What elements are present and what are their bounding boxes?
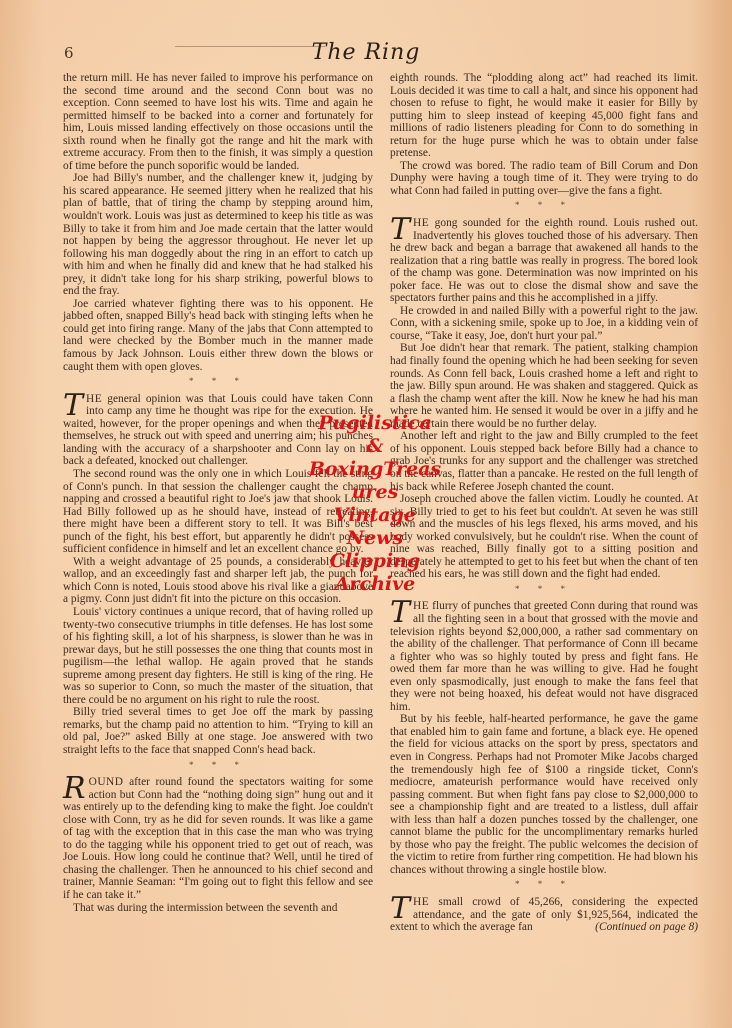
paragraph: Joe carried whatever fighting there was … xyxy=(63,298,373,373)
section-lead-paragraph: THE small crowd of 45,266, considering t… xyxy=(390,896,698,934)
continued-on-link[interactable]: (Continued on page 8) xyxy=(595,921,698,934)
drop-cap: T xyxy=(63,394,83,418)
paragraph: eighth rounds. The “plodding along act” … xyxy=(390,72,698,160)
archive-watermark: Pugilistica & BoxingTreas ures Vintage N… xyxy=(305,412,445,596)
masthead-title: The Ring xyxy=(0,40,732,65)
section-lead-paragraph: THE flurry of punches that greeted Conn … xyxy=(390,600,698,713)
section-separator: * * * xyxy=(63,375,373,388)
section-separator: * * * xyxy=(390,199,698,212)
magazine-page: 6 The Ring the return mill. He has never… xyxy=(0,0,732,1028)
section-separator: * * * xyxy=(63,759,373,772)
section-separator: * * * xyxy=(390,878,698,891)
section-lead-paragraph: ROUND after round found the spectators w… xyxy=(63,776,373,901)
paragraph: Joe had Billy's number, and the challeng… xyxy=(63,172,373,297)
paragraph: the return mill. He has never failed to … xyxy=(63,72,373,172)
drop-cap: T xyxy=(390,218,410,242)
paragraph: Billy tried several times to get Joe off… xyxy=(63,706,373,756)
paragraph: But by his feeble, half-hearted performa… xyxy=(390,713,698,876)
drop-cap: R xyxy=(63,777,86,801)
drop-cap: T xyxy=(390,601,410,625)
section-lead-paragraph: THE gong sounded for the eighth round. L… xyxy=(390,217,698,305)
paragraph: Louis' victory continues a unique record… xyxy=(63,606,373,706)
paragraph: That was during the intermission between… xyxy=(63,902,373,915)
paragraph: He crowded in and nailed Billy with a po… xyxy=(390,305,698,343)
paragraph: The crowd was bored. The radio team of B… xyxy=(390,160,698,198)
drop-cap: T xyxy=(390,897,410,921)
